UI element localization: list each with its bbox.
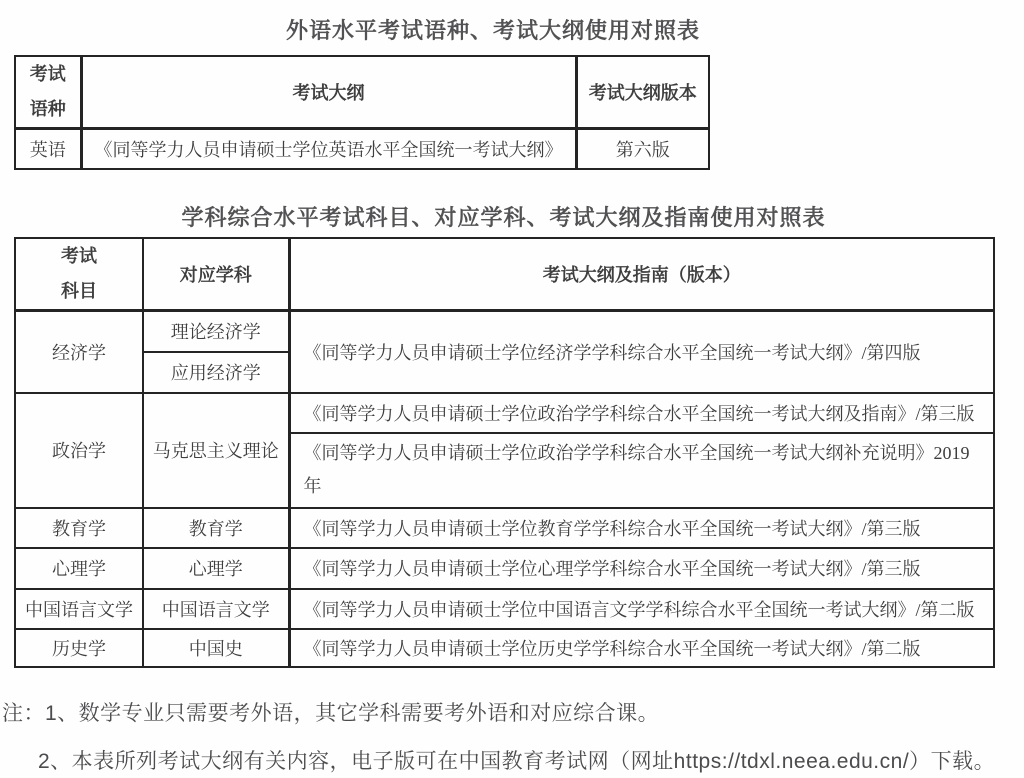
politics-supplement-outline-cell: 《同等学力人员申请硕士学位政治学学科综合水平全国统一考试大纲补充说明》2019 … — [289, 433, 994, 508]
table1-header-exam-language: 考试 语种 — [15, 56, 81, 129]
footnote-2: 2、本表所列考试大纲有关内容，电子版可在中国教育考试网（网址https://td… — [38, 745, 995, 775]
table1-header-row: 考试 语种 考试大纲 考试大纲版本 — [15, 56, 709, 129]
psychology-subject-cell: 心理学 — [15, 548, 143, 589]
psychology-outline-cell: 《同等学力人员申请硕士学位心理学学科综合水平全国统一考试大纲》/第三版 — [289, 548, 994, 589]
document-page: 外语水平考试语种、考试大纲使用对照表 考试 语种 考试大纲 考试大纲版本 英语 … — [0, 0, 1024, 778]
education-discipline-cell: 教育学 — [143, 508, 289, 548]
politics-subject-cell: 政治学 — [15, 393, 143, 508]
table2-header-exam-subject-line1: 考试 — [16, 239, 142, 274]
table1-header-exam-language-line2: 语种 — [16, 92, 80, 127]
economics-subject-cell: 经济学 — [15, 311, 143, 393]
table2-row-psychology: 心理学 心理学 《同等学力人员申请硕士学位心理学学科综合水平全国统一考试大纲》/… — [15, 548, 994, 589]
table2-header-exam-subject: 考试 科目 — [15, 238, 143, 311]
economics-theoretical-discipline-cell: 理论经济学 — [143, 311, 289, 352]
table2-title: 学科综合水平考试科目、对应学科、考试大纲及指南使用对照表 — [0, 201, 1007, 232]
chinese-literature-discipline-cell: 中国语言文学 — [143, 589, 289, 629]
history-subject-cell: 历史学 — [15, 629, 143, 667]
table2-header-discipline: 对应学科 — [143, 238, 289, 311]
table1-header-outline-version: 考试大纲版本 — [576, 56, 709, 129]
foreign-language-exam-table: 考试 语种 考试大纲 考试大纲版本 英语 《同等学力人员申请硕士学位英语水平全国… — [14, 55, 710, 170]
history-outline-cell: 《同等学力人员申请硕士学位历史学学科综合水平全国统一考试大纲》/第二版 — [289, 629, 994, 667]
table2-row-politics-1: 政治学 马克思主义理论 《同等学力人员申请硕士学位政治学学科综合水平全国统一考试… — [15, 393, 994, 433]
footnote-1: 注：1、数学专业只需要考外语，其它学科需要考外语和对应综合课。 — [2, 697, 659, 727]
table1-header-exam-language-line1: 考试 — [16, 57, 80, 92]
table1-english-language-cell: 英语 — [15, 129, 81, 169]
history-discipline-cell: 中国史 — [143, 629, 289, 667]
table1-header-exam-language-lines: 考试 语种 — [16, 57, 80, 127]
table2-row-history: 历史学 中国史 《同等学力人员申请硕士学位历史学学科综合水平全国统一考试大纲》/… — [15, 629, 994, 667]
chinese-literature-subject-cell: 中国语言文学 — [15, 589, 143, 629]
table2-row-economics-1: 经济学 理论经济学 《同等学力人员申请硕士学位经济学学科综合水平全国统一考试大纲… — [15, 311, 994, 352]
psychology-discipline-cell: 心理学 — [143, 548, 289, 589]
subject-comprehensive-exam-table: 考试 科目 对应学科 考试大纲及指南（版本） 经济学 理论经济学 《同等学力人员… — [14, 237, 995, 668]
politics-supplement-line2: 年 — [304, 470, 994, 503]
table2-header-outline-guide: 考试大纲及指南（版本） — [289, 238, 994, 311]
table1-english-outline-cell: 《同等学力人员申请硕士学位英语水平全国统一考试大纲》 — [81, 129, 576, 169]
table1-english-version-cell: 第六版 — [576, 129, 709, 169]
table1-row-english: 英语 《同等学力人员申请硕士学位英语水平全国统一考试大纲》 第六版 — [15, 129, 709, 169]
table2-row-education: 教育学 教育学 《同等学力人员申请硕士学位教育学学科综合水平全国统一考试大纲》/… — [15, 508, 994, 548]
politics-outline-guide-cell: 《同等学力人员申请硕士学位政治学学科综合水平全国统一考试大纲及指南》/第三版 — [289, 393, 994, 433]
economics-outline-cell: 《同等学力人员申请硕士学位经济学学科综合水平全国统一考试大纲》/第四版 — [289, 311, 994, 393]
education-outline-cell: 《同等学力人员申请硕士学位教育学学科综合水平全国统一考试大纲》/第三版 — [289, 508, 994, 548]
table1-header-outline: 考试大纲 — [81, 56, 576, 129]
politics-supplement-line1: 《同等学力人员申请硕士学位政治学学科综合水平全国统一考试大纲补充说明》2019 — [304, 437, 994, 470]
table2-header-row: 考试 科目 对应学科 考试大纲及指南（版本） — [15, 238, 994, 311]
table2-header-exam-subject-line2: 科目 — [16, 274, 142, 309]
table1-title: 外语水平考试语种、考试大纲使用对照表 — [0, 14, 986, 45]
table2-header-exam-subject-lines: 考试 科目 — [16, 239, 142, 309]
politics-discipline-cell: 马克思主义理论 — [143, 393, 289, 508]
economics-applied-discipline-cell: 应用经济学 — [143, 352, 289, 393]
chinese-literature-outline-cell: 《同等学力人员申请硕士学位中国语言文学学科综合水平全国统一考试大纲》/第二版 — [289, 589, 994, 629]
education-subject-cell: 教育学 — [15, 508, 143, 548]
table2-row-chinese-literature: 中国语言文学 中国语言文学 《同等学力人员申请硕士学位中国语言文学学科综合水平全… — [15, 589, 994, 629]
